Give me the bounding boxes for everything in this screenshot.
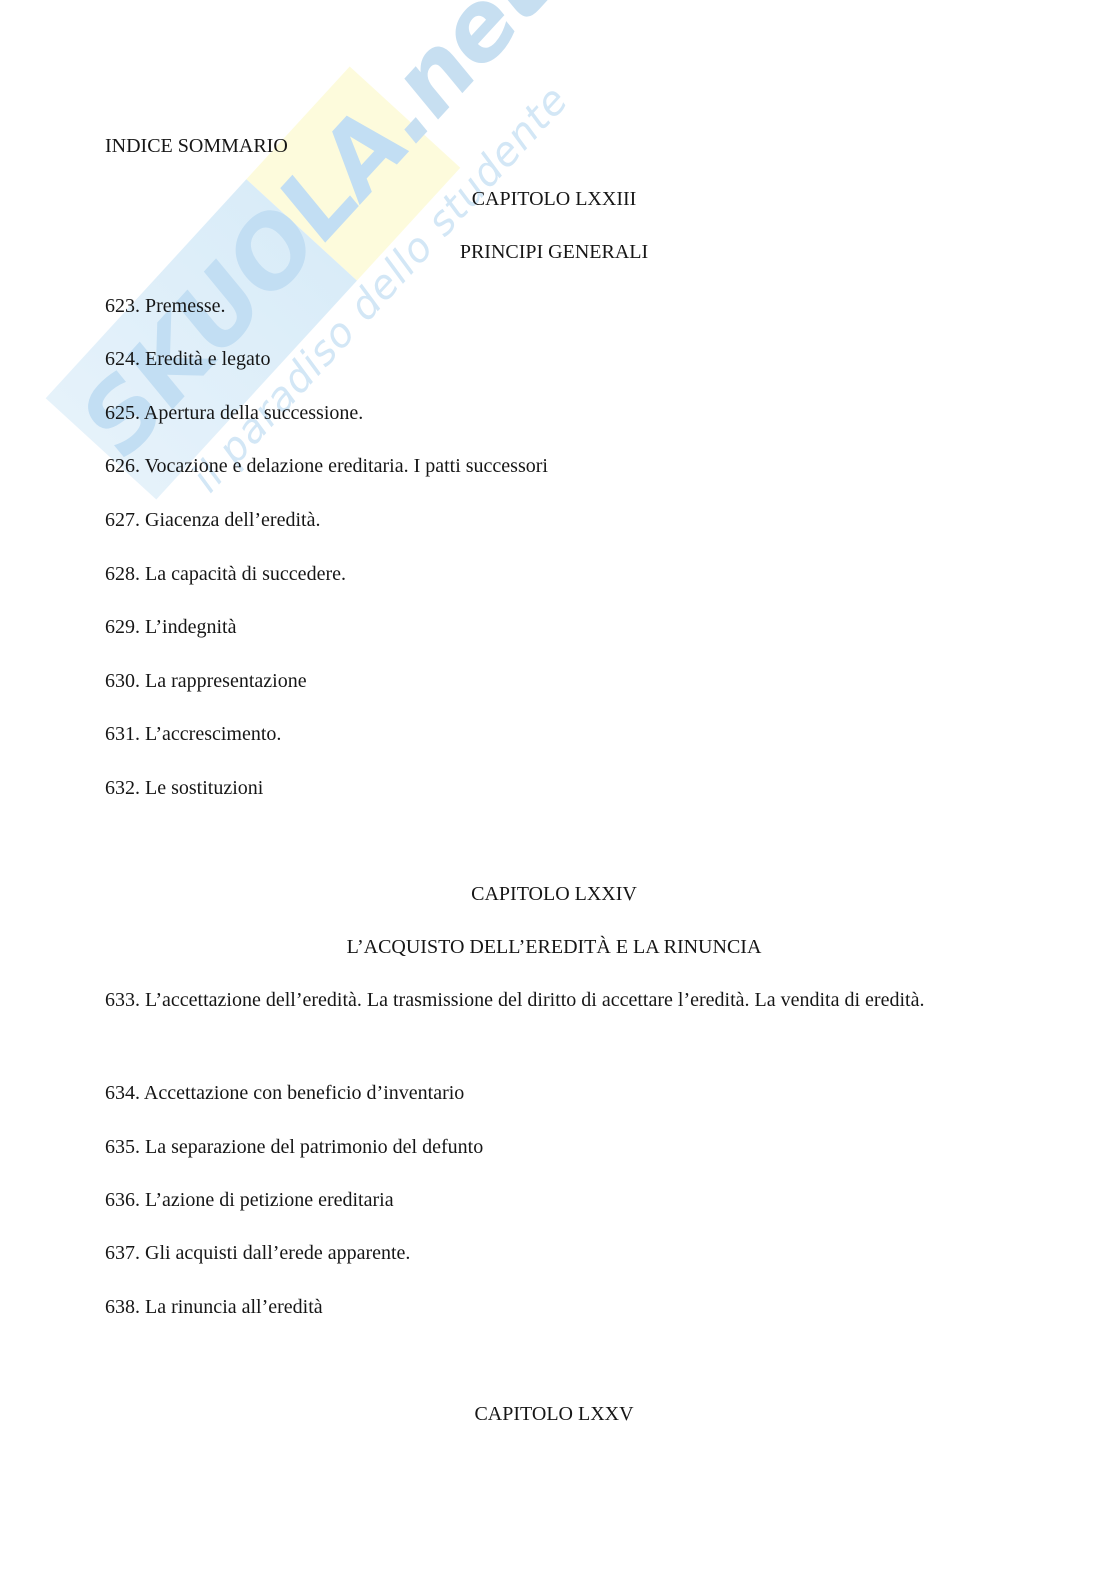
chapter-title: PRINCIPI GENERALI [105, 240, 1003, 264]
toc-entry: 629. L’indegnità [105, 615, 1003, 639]
toc-entry: 633. L’accettazione dell’eredità. La tra… [105, 981, 1003, 1020]
toc-entry: 638. La rinuncia all’eredità [105, 1295, 1003, 1319]
document-page: INDICE SOMMARIO CAPITOLO LXXIII PRINCIPI… [0, 0, 1116, 1579]
toc-entry: 628. La capacità di succedere. [105, 562, 1003, 586]
chapter-number: CAPITOLO LXXV [105, 1402, 1003, 1426]
toc-entry: 623. Premesse. [105, 294, 1003, 318]
chapter-title: L’ACQUISTO DELL’EREDITÀ E LA RINUNCIA [105, 935, 1003, 959]
toc-entry: 636. L’azione di petizione ereditaria [105, 1188, 1003, 1212]
toc-entry: 631. L’accrescimento. [105, 722, 1003, 746]
document-title: INDICE SOMMARIO [105, 134, 1003, 158]
toc-entry: 634. Accettazione con beneficio d’invent… [105, 1081, 1003, 1105]
chapter-number: CAPITOLO LXXIII [105, 187, 1003, 211]
chapter-number: CAPITOLO LXXIV [105, 882, 1003, 906]
toc-entry: 626. Vocazione e delazione ereditaria. I… [105, 454, 1003, 478]
toc-entry: 635. La separazione del patrimonio del d… [105, 1135, 1003, 1159]
toc-entry: 632. Le sostituzioni [105, 776, 1003, 800]
toc-entry: 625. Apertura della successione. [105, 401, 1003, 425]
toc-entry: 627. Giacenza dell’eredità. [105, 508, 1003, 532]
toc-entry: 637. Gli acquisti dall’erede apparente. [105, 1241, 1003, 1265]
toc-entry: 624. Eredità e legato [105, 347, 1003, 371]
toc-entry: 630. La rappresentazione [105, 669, 1003, 693]
